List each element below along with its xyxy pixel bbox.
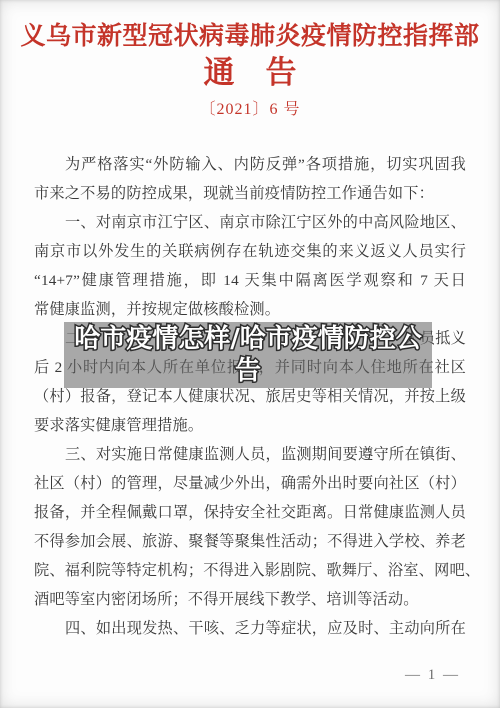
notice-document-page: 义乌市新型冠状病毒肺炎疫情防控指挥部 通 告 〔2021〕6 号 为严格落实“外… bbox=[0, 0, 500, 708]
body-line: 社区（村）的管理，尽量减少外出，确需外出时要向社区（村） bbox=[34, 469, 466, 498]
org-title: 义乌市新型冠状病毒肺炎疫情防控指挥部 bbox=[0, 0, 500, 52]
body-line: 酒吧等室内密闭场所；不得开展线下教学、培训等活动。 bbox=[34, 585, 466, 614]
body-line: 一、对南京市江宁区、南京市除江宁区外的中高风险地区、 bbox=[34, 208, 466, 237]
body-line: 四、如出现发热、干咳、乏力等症状，应及时、主动向所在 bbox=[34, 614, 466, 643]
notice-body: 为严格落实“外防输入、内防反弹”各项措施，切实巩固我 市来之不易的防控成果，现就… bbox=[34, 150, 466, 643]
body-line: 南京市以外发生的关联病例存在轨迹交集的来义返义人员实行 bbox=[34, 237, 466, 266]
watermark-caption-overlay: 哈市疫情怎样/哈市疫情防控公告 bbox=[64, 322, 432, 388]
body-line: 报备，并全程佩戴口罩，保持安全社交距离。日常健康监测人员 bbox=[34, 498, 466, 527]
body-line: 市来之不易的防控成果，现就当前疫情防控工作通告如下： bbox=[34, 179, 466, 208]
body-line: 三、对实施日常健康监测人员，监测期间要遵守所在镇街、 bbox=[34, 440, 466, 469]
doc-number: 〔2021〕6 号 bbox=[0, 96, 500, 119]
body-line: 院、福利院等特定机构；不得进入影剧院、歌舞厅、浴室、网吧、 bbox=[34, 556, 466, 585]
doc-title: 通 告 bbox=[0, 56, 500, 90]
body-line: 要求落实健康管理措施。 bbox=[34, 411, 466, 440]
body-line: “14+7”健康管理措施，即 14 天集中隔离医学观察和 7 天日 bbox=[34, 266, 466, 295]
page-number: — 1 — bbox=[405, 667, 460, 684]
watermark-caption-text: 哈市疫情怎样/哈市疫情防控公告 bbox=[70, 322, 426, 387]
body-line: 为严格落实“外防输入、内防反弹”各项措施，切实巩固我 bbox=[34, 150, 466, 179]
body-line: 不得参加会展、旅游、聚餐等聚集性活动；不得进入学校、养老 bbox=[34, 527, 466, 556]
body-line: 常健康监测，并按规定做核酸检测。 bbox=[34, 295, 466, 324]
